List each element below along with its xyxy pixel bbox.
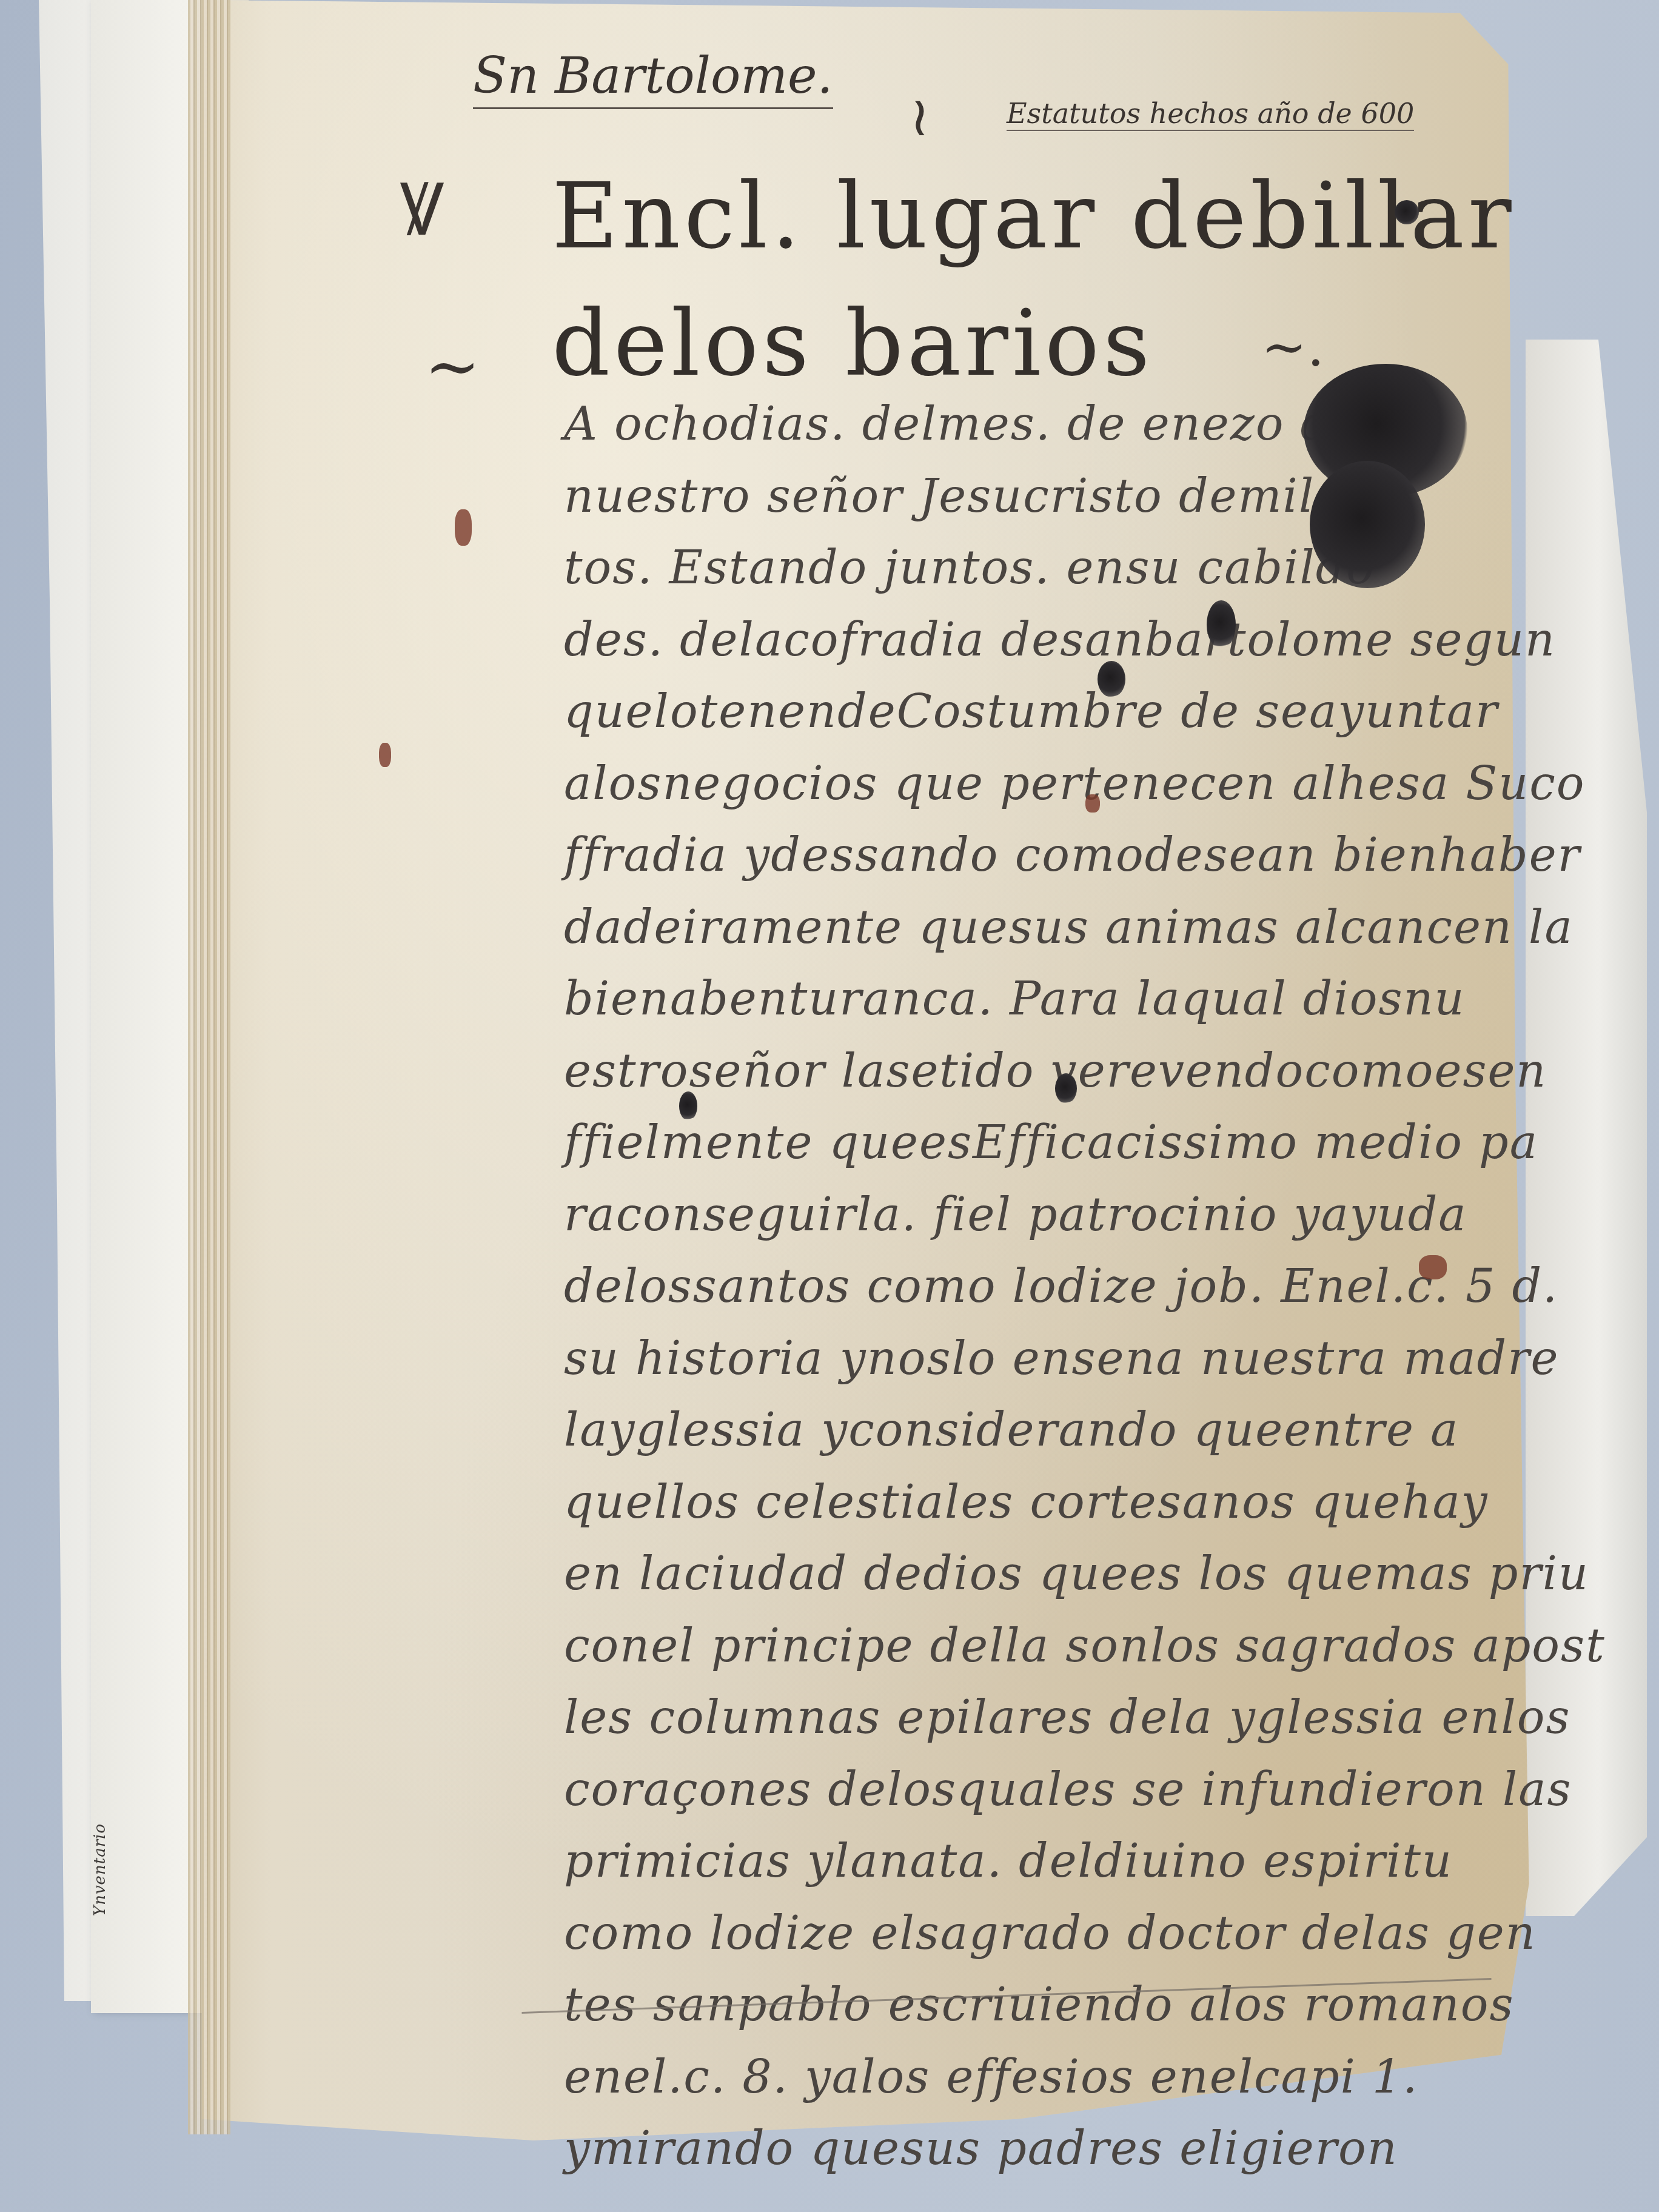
body-line: su historia ynoslo ensena nuestra madre	[564, 1322, 1510, 1395]
loose-sheet-right	[1526, 340, 1647, 1916]
body-line: delossantos como lodize job. Enel.c. 5 d…	[564, 1250, 1510, 1322]
body-line: estroseñor lasetido verevendocomoesen	[564, 1035, 1510, 1107]
body-line: dadeiramente quesus animas alcancen la	[564, 891, 1510, 964]
rust-stain	[455, 509, 472, 546]
body-line: bienabenturanca. Para laqual diosnu	[564, 963, 1510, 1035]
body-line: des. delacofradia desanbartolome segun	[564, 604, 1510, 676]
rust-stain	[379, 743, 391, 767]
header-statutes-note: Estatutos hechos año de 600	[1007, 97, 1414, 131]
ink-blot-large-lower	[1310, 461, 1425, 588]
ink-blot-small	[1098, 661, 1125, 697]
body-line: en laciudad dedios quees los quemas priu	[564, 1538, 1510, 1610]
title-flourish-end-icon: ∼.	[1261, 315, 1324, 379]
ink-blot-small	[1207, 600, 1236, 649]
body-line: como lodize elsagrado doctor delas gen	[564, 1897, 1510, 1969]
header-saint-name: Sn Bartolome.	[473, 47, 833, 109]
title-line-1: Encl. lugar debillar	[552, 164, 1515, 269]
body-line: tes sanpablo escriuiendo alos romanos	[564, 1969, 1510, 2041]
title-line-2: delos barios	[552, 291, 1153, 397]
spine-label: Ynventario	[91, 1746, 127, 1916]
header-separator-flourish: ≀	[910, 85, 930, 149]
body-line: primicias ylanata. deldiuino espiritu	[564, 1825, 1510, 1897]
ink-blot-small	[1055, 1073, 1077, 1104]
body-line: ffielmente queesEfficacissimo medio pa	[564, 1107, 1510, 1179]
body-line: layglessia yconsiderando queentre a	[564, 1394, 1510, 1466]
body-line: les columnas epilares dela yglessia enlo…	[564, 1681, 1510, 1754]
body-line: ffradia ydessando comodesean bienhaber	[564, 819, 1510, 891]
paragraph-mark-icon: Ꝟ	[400, 158, 444, 256]
ink-blot-small	[679, 1091, 697, 1121]
body-line: quelotenendeCostumbre de seayuntar	[564, 675, 1510, 748]
manuscript-body: A ochodias. delmes. de enezo dela nuestr…	[564, 388, 1510, 2185]
body-line: ymirando quesus padres eligieron	[564, 2113, 1510, 2185]
rust-stain	[1419, 1255, 1447, 1279]
body-line: enel.c. 8. yalos effesios enelcapi 1.	[564, 2041, 1510, 2113]
body-line: raconseguirla. fiel patrocinio yayuda	[564, 1179, 1510, 1251]
body-line: coraçones delosquales se infundieron las	[564, 1754, 1510, 1826]
ink-blot-small	[1395, 200, 1419, 224]
body-line: alosnegocios que pertenecen alhesa Suco	[564, 748, 1510, 820]
page-bound-edge	[188, 0, 230, 2134]
rust-stain	[1085, 794, 1100, 813]
title-flourish-icon: ∼	[424, 327, 480, 405]
body-line: quellos celestiales cortesanos quehay	[564, 1466, 1510, 1538]
body-line: conel principe della sonlos sagrados apo…	[564, 1610, 1510, 1682]
